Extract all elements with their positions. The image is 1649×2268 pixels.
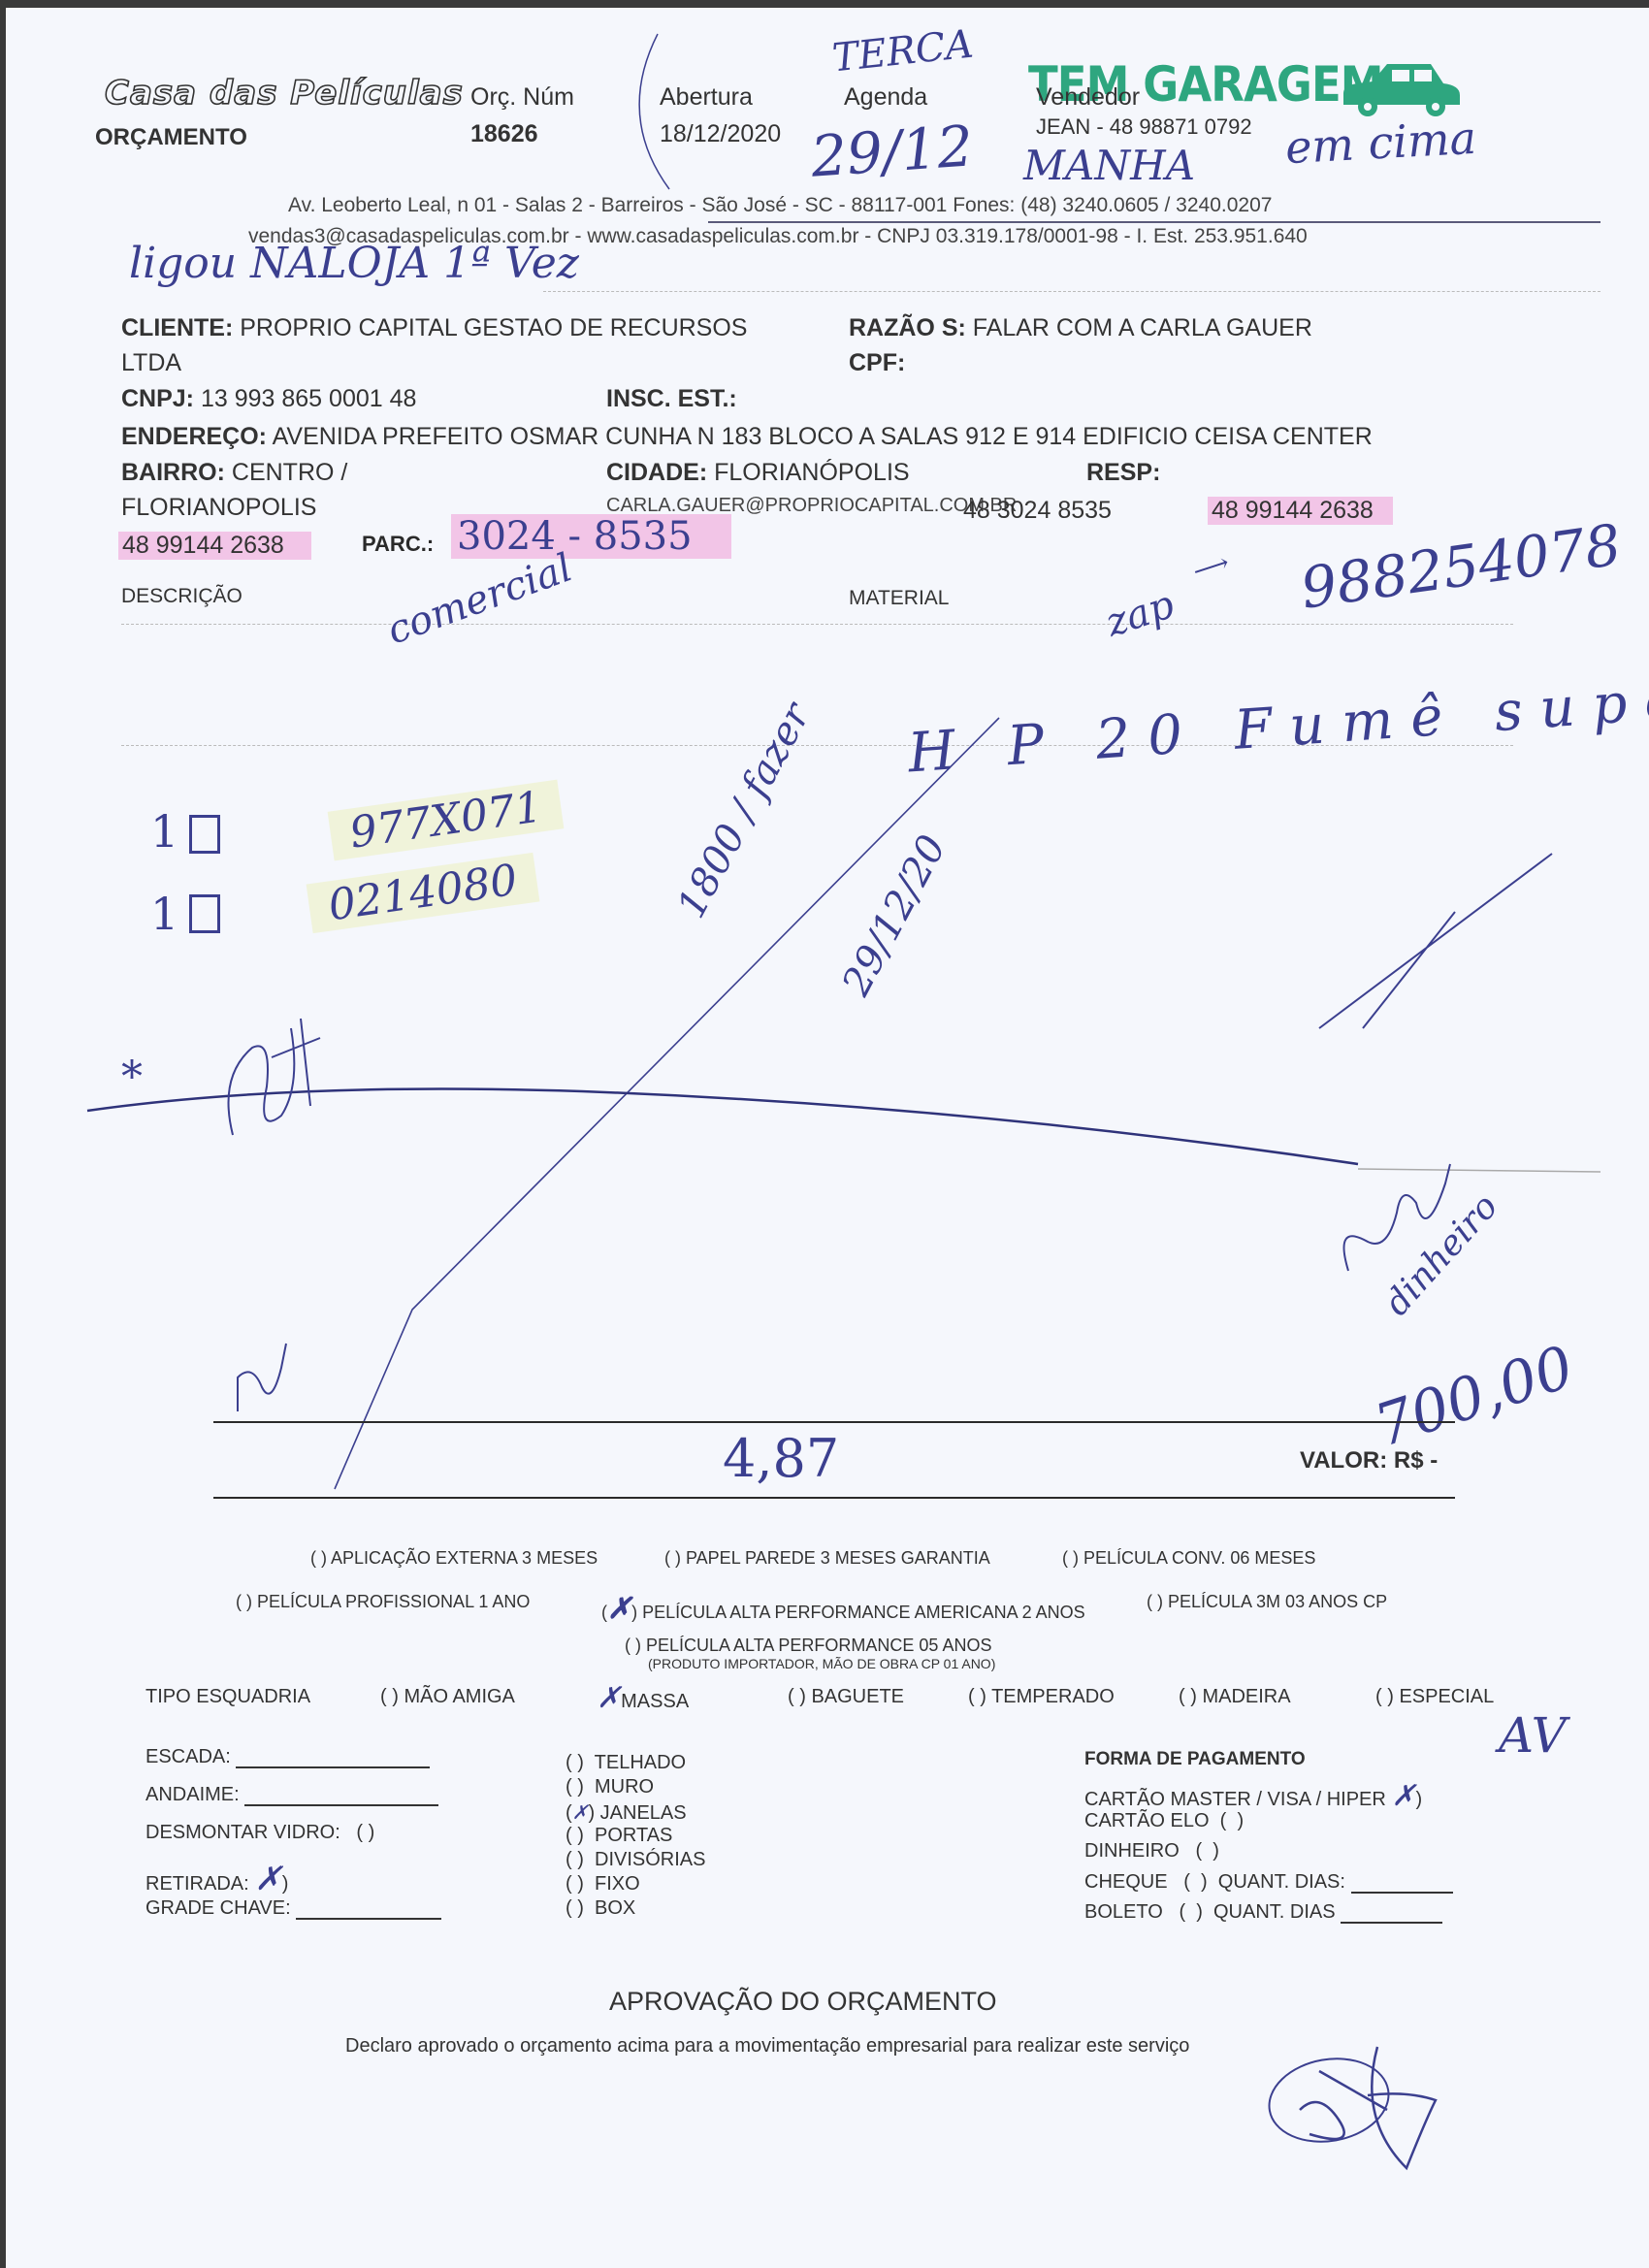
esquadria-option[interactable]: ( ) BAGUETE [788,1686,904,1708]
handwritten-measure: 4,87 [723,1428,839,1489]
esquadria-label: TIPO ESQUADRIA [145,1686,310,1708]
warranty-option[interactable]: ( ) PELÍCULA CONV. 06 MESES [1062,1548,1315,1569]
payment-boleto[interactable]: BOLETO ( ) QUANT. DIAS [1084,1901,1442,1924]
warranty-option[interactable]: ( ) PAPEL PAREDE 3 MESES GARANTIA [664,1548,990,1569]
warranty-option[interactable]: ( ) PELÍCULA ALTA PERFORMANCE 05 ANOS [625,1636,991,1656]
location-option-checked[interactable]: (✗) JANELAS [566,1800,687,1825]
grade-chave-field[interactable]: GRADE CHAVE: [145,1897,441,1920]
andaime-field[interactable]: ANDAIME: [145,1784,438,1806]
location-option[interactable]: ( ) BOX [566,1897,635,1920]
total-line-bottom [213,1497,1455,1499]
initials-signature-icon [213,999,349,1145]
approval-declaration: Declaro aprovado o orçamento acima para … [345,2035,1189,2057]
location-option[interactable]: ( ) PORTAS [566,1825,672,1847]
esquadria-option[interactable]: ( ) ESPECIAL [1375,1686,1494,1708]
handwritten-asterisk: * [121,1053,143,1102]
payment-title: FORMA DE PAGAMENTO [1084,1749,1306,1770]
payment-dinheiro[interactable]: DINHEIRO ( ) [1084,1840,1219,1863]
location-option[interactable]: ( ) TELHADO [566,1752,686,1774]
payment-cartao-elo[interactable]: CARTÃO ELO ( ) [1084,1810,1244,1832]
esquadria-option-checked[interactable]: ✗MASSA [597,1681,689,1715]
client-signature-icon [1261,2042,1484,2178]
payment-cheque[interactable]: CHEQUE ( ) QUANT. DIAS: [1084,1871,1453,1894]
retirada-option[interactable]: RETIRADA: ✗) [145,1860,288,1898]
location-option[interactable]: ( ) FIXO [566,1873,640,1895]
esquadria-option[interactable]: ( ) TEMPERADO [968,1686,1115,1708]
desmontar-vidro-option[interactable]: DESMONTAR VIDRO: ( ) [145,1822,374,1844]
total-line-top [213,1421,1455,1423]
location-option[interactable]: ( ) MURO [566,1776,654,1798]
initials-mark-icon [223,1339,301,1416]
warranty-note: (PRODUTO IMPORTADOR, MÃO DE OBRA CP 01 A… [648,1656,995,1671]
warranty-option[interactable]: ( ) PELÍCULA PROFISSIONAL 1 ANO [236,1592,530,1612]
warranty-option-checked[interactable]: (✗) PELÍCULA ALTA PERFORMANCE AMERICANA … [601,1592,1085,1626]
approval-title: APROVAÇÃO DO ORÇAMENTO [609,1987,997,2017]
valor-label: VALOR: R$ - [1300,1447,1438,1474]
payment-cartao-master[interactable]: CARTÃO MASTER / VISA / HIPER ✗) [1084,1779,1422,1813]
warranty-option[interactable]: ( ) APLICAÇÃO EXTERNA 3 MESES [310,1548,598,1569]
esquadria-option[interactable]: ( ) MADEIRA [1179,1686,1291,1708]
warranty-option[interactable]: ( ) PELÍCULA 3M 03 ANOS CP [1147,1592,1387,1612]
esquadria-option[interactable]: ( ) MÃO AMIGA [380,1686,515,1708]
handwritten-payment-note: AV [1499,1707,1567,1764]
escada-field[interactable]: ESCADA: [145,1746,430,1768]
location-option[interactable]: ( ) DIVISÓRIAS [566,1849,705,1871]
